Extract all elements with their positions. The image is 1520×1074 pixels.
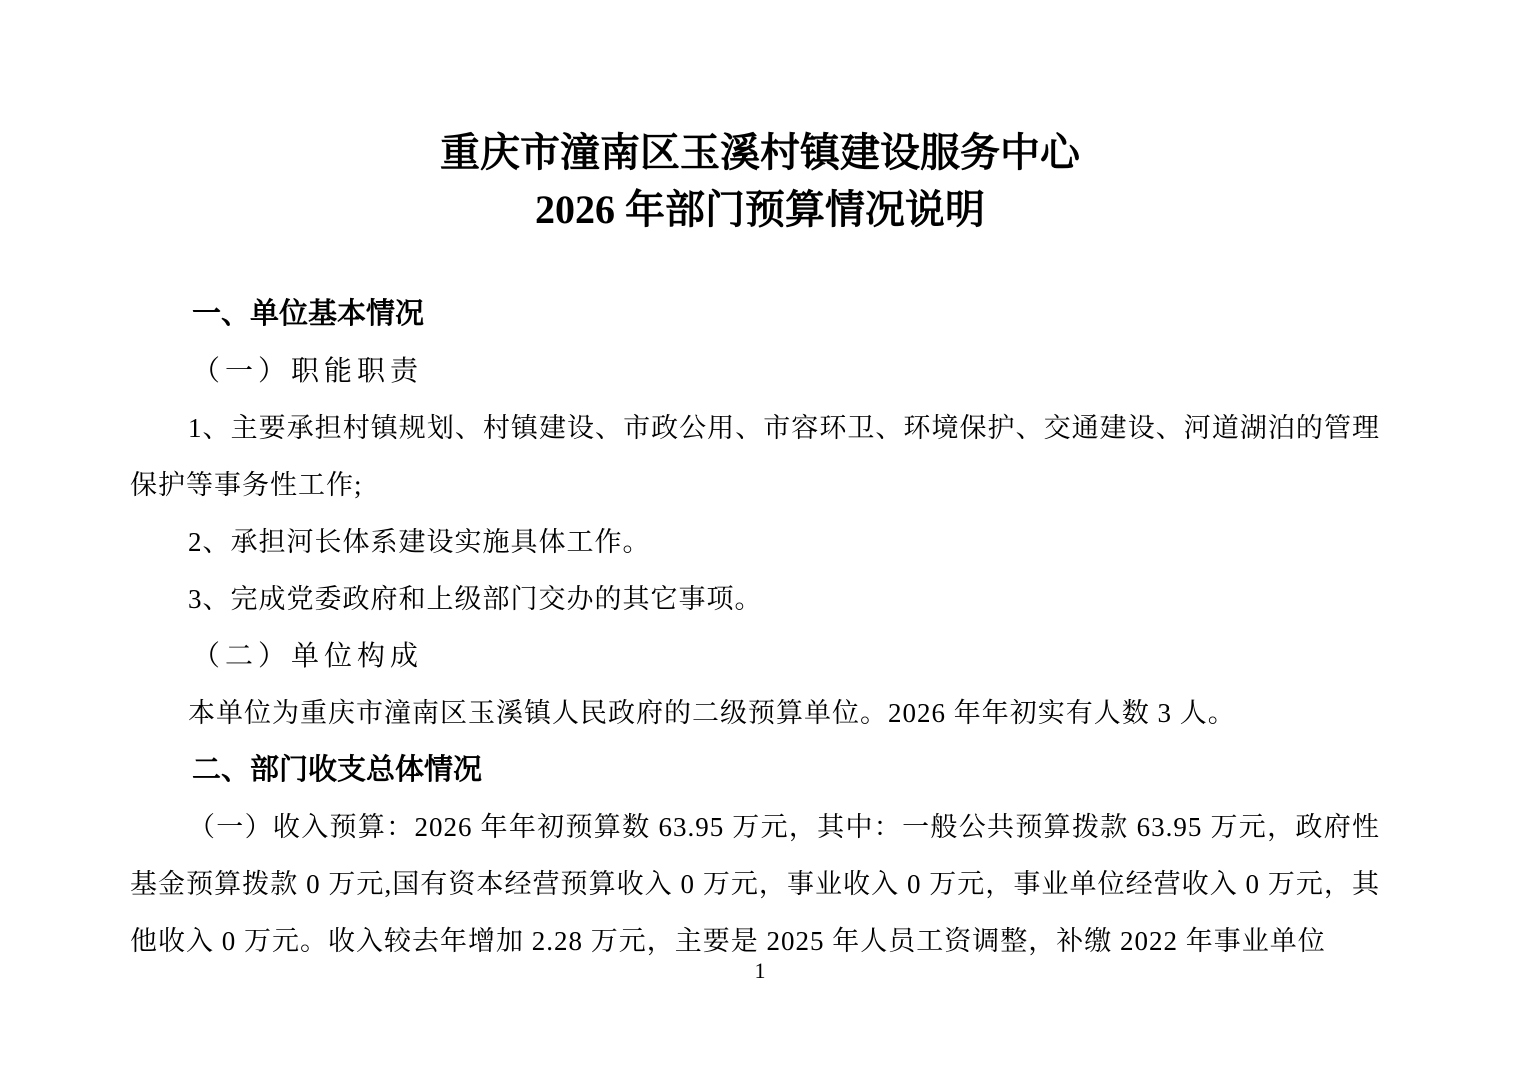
subsection-heading-unit-composition: （二）单位构成 xyxy=(130,628,1380,685)
section-heading-unit-basic-info: 一、单位基本情况 xyxy=(130,286,1380,343)
paragraph-duty-2: 2、承担河长体系建设实施具体工作。 xyxy=(130,514,1380,571)
paragraph-income-budget: （一）收入预算：2026 年年初预算数 63.95 万元，其中：一般公共预算拨款… xyxy=(130,799,1380,970)
paragraph-unit-composition: 本单位为重庆市潼南区玉溪镇人民政府的二级预算单位。2026 年年初实有人数 3 … xyxy=(130,685,1380,742)
document-page: 重庆市潼南区玉溪村镇建设服务中心 2026 年部门预算情况说明 一、单位基本情况… xyxy=(0,0,1520,1074)
title-line-2: 2026 年部门预算情况说明 xyxy=(0,181,1520,238)
subsection-heading-functions-duties: （一）职能职责 xyxy=(130,343,1380,400)
document-title: 重庆市潼南区玉溪村镇建设服务中心 2026 年部门预算情况说明 xyxy=(0,0,1520,238)
section-heading-revenue-expenditure-overview: 二、部门收支总体情况 xyxy=(130,742,1380,799)
paragraph-duty-3: 3、完成党委政府和上级部门交办的其它事项。 xyxy=(130,571,1380,628)
paragraph-duty-1: 1、主要承担村镇规划、村镇建设、市政公用、市容环卫、环境保护、交通建设、河道湖泊… xyxy=(130,400,1380,514)
document-body: 一、单位基本情况 （一）职能职责 1、主要承担村镇规划、村镇建设、市政公用、市容… xyxy=(130,286,1380,970)
title-line-1: 重庆市潼南区玉溪村镇建设服务中心 xyxy=(0,124,1520,181)
page-number: 1 xyxy=(0,958,1520,984)
